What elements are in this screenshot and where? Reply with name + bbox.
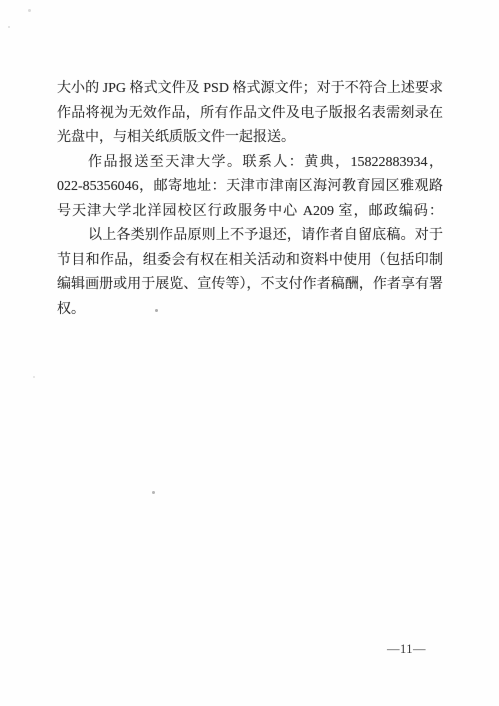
text-line: 节目和作品，组委会有权在相关活动和资料中使用（包括印制光盘、: [57, 249, 443, 274]
document-body: 大小的 JPG 格式文件及 PSD 格式源文件；对于不符合上述要求的 作品将视为…: [57, 77, 443, 322]
text-line: 号天津大学北洋园校区行政服务中心 A209 室，邮政编码：300350。: [57, 200, 443, 225]
text-line: 大小的 JPG 格式文件及 PSD 格式源文件；对于不符合上述要求的: [57, 77, 443, 102]
scan-speck: [33, 376, 35, 378]
scan-speck: [8, 26, 10, 28]
page-number: —11—: [387, 642, 426, 657]
scan-speck: [152, 491, 155, 494]
paragraph: 以上各类别作品原则上不予退还，请作者自留底稿。对于优秀 节目和作品，组委会有权在…: [57, 224, 443, 322]
text-line: 作品将视为无效作品，所有作品文件及电子版报名表需刻录在一张: [57, 102, 443, 127]
text-line: 作品报送至天津大学。联系人：黄典，15822883934，: [57, 151, 443, 176]
text-line: 以上各类别作品原则上不予退还，请作者自留底稿。对于优秀: [57, 224, 443, 249]
paragraph: 大小的 JPG 格式文件及 PSD 格式源文件；对于不符合上述要求的 作品将视为…: [57, 77, 443, 151]
text-line: 022-85356046，邮寄地址：天津市津南区海河教育园区雅观路 135: [57, 175, 443, 200]
text-line: 光盘中，与相关纸质版文件一起报送。: [57, 126, 443, 151]
scan-speck: [28, 9, 31, 12]
paragraph: 作品报送至天津大学。联系人：黄典，15822883934， 022-853560…: [57, 151, 443, 225]
text-line: 权。: [57, 298, 443, 323]
document-page: 大小的 JPG 格式文件及 PSD 格式源文件；对于不符合上述要求的 作品将视为…: [0, 0, 499, 706]
text-line: 编辑画册或用于展览、宣传等），不支付作者稿酬，作者享有署名: [57, 273, 443, 298]
scan-speck: [155, 309, 158, 312]
